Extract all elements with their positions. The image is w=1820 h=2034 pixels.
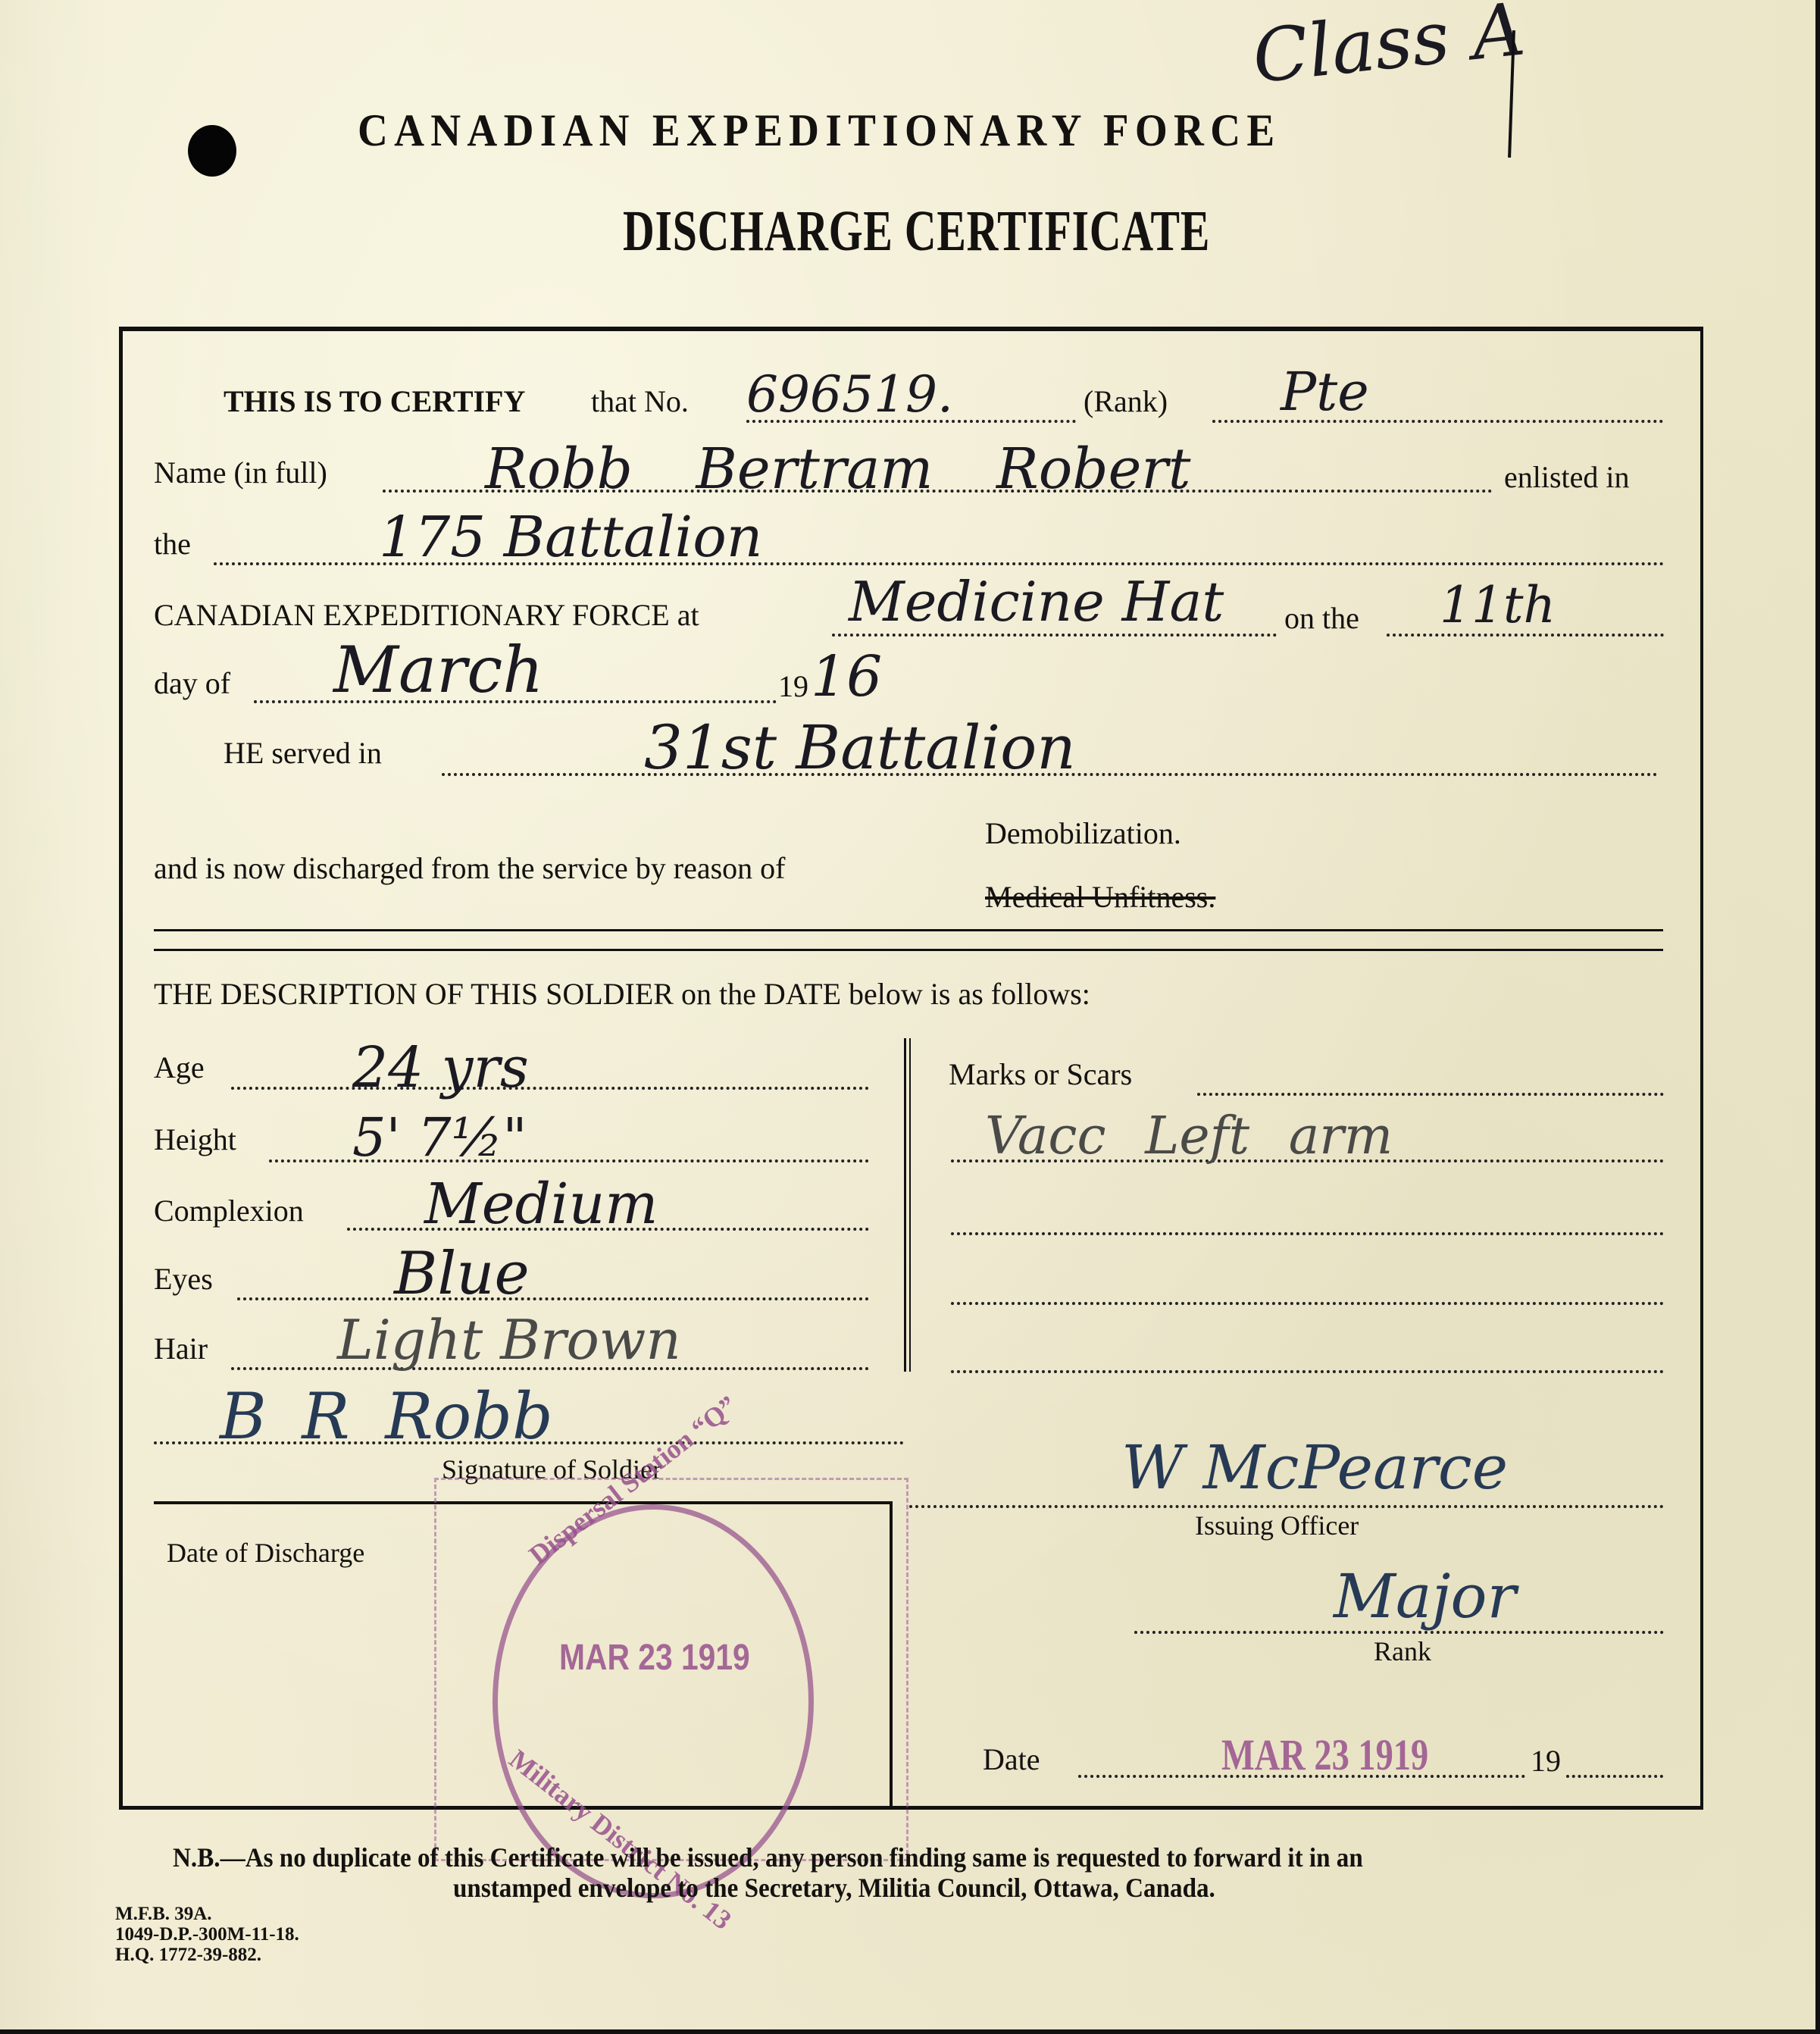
stamp-date: MAR 23 1919	[559, 1637, 750, 1679]
date-year-prefix: 19	[1531, 1743, 1561, 1779]
officer-rank: Major	[1334, 1561, 1516, 1632]
nb-notice-line-1: N.B.—As no duplicate of this Certificate…	[173, 1842, 1363, 1873]
certify-label: THIS IS TO CERTIFY	[224, 383, 525, 419]
age-value: 24 yrs	[352, 1035, 529, 1100]
rank-value: Pte	[1281, 361, 1369, 423]
marks-line-3	[951, 1232, 1664, 1235]
page-subtitle: DISCHARGE CERTIFICATE	[623, 199, 1210, 264]
date-label: Date	[983, 1741, 1040, 1777]
page-title: CANADIAN EXPEDITIONARY FORCE	[358, 105, 1281, 157]
marks-line-5	[951, 1370, 1664, 1373]
column-divider-b	[909, 1038, 911, 1372]
height-value: 5' 7½"	[352, 1106, 527, 1169]
date-stamp: MAR 23 1919	[1221, 1729, 1428, 1780]
cef-at-label: CANADIAN EXPEDITIONARY FORCE at	[154, 597, 699, 633]
complexion-label: Complexion	[154, 1193, 304, 1228]
age-label: Age	[154, 1050, 205, 1085]
enlistment-year: 16	[811, 644, 882, 709]
day-of-label: day of	[154, 665, 230, 701]
eyes-value: Blue	[394, 1240, 530, 1308]
officer-line	[909, 1505, 1664, 1508]
reason-struck: Medical Unfitness.	[985, 879, 1215, 915]
divider-upper	[154, 929, 1663, 931]
class-annotation: Class A	[1249, 0, 1529, 99]
age-line	[231, 1087, 869, 1090]
marks-line-4	[951, 1302, 1664, 1305]
the-label: the	[154, 526, 191, 562]
marks-value: Vacc Left arm	[985, 1106, 1393, 1166]
divider-lower	[154, 949, 1663, 951]
height-label: Height	[154, 1122, 236, 1157]
description-heading: THE DESCRIPTION OF THIS SOLDIER on the D…	[154, 976, 1090, 1012]
on-the-label: on the	[1284, 600, 1359, 636]
officer-signature: W McPearce	[1121, 1432, 1508, 1503]
column-divider-a	[904, 1038, 906, 1372]
punch-hole	[188, 125, 236, 177]
served-in-label: HE served in	[224, 735, 382, 771]
that-no-label: that No.	[591, 383, 689, 419]
year-prefix: 19	[778, 668, 808, 704]
reason-value: Demobilization.	[985, 815, 1181, 851]
nb-notice-line-2: unstamped envelope to the Secretary, Mil…	[453, 1872, 1215, 1904]
marks-label: Marks or Scars	[949, 1056, 1132, 1092]
soldier-name: Robb Bertram Robert	[485, 437, 1191, 502]
issuing-officer-label: Issuing Officer	[1195, 1510, 1359, 1541]
rank-label: (Rank)	[1084, 383, 1168, 419]
date-of-discharge-label: Date of Discharge	[167, 1537, 364, 1569]
form-number-2: 1049-D.P.-300M-11-18.	[115, 1924, 299, 1945]
service-number: 696519.	[746, 365, 953, 424]
rank-caption: Rank	[1374, 1635, 1431, 1667]
hair-value: Light Brown	[337, 1308, 681, 1372]
form-number-3: H.Q. 1772-39-882.	[115, 1945, 261, 1965]
soldier-signature: B R Robb	[220, 1379, 553, 1454]
reason-label: and is now discharged from the service b…	[154, 850, 785, 886]
marks-line-1	[1197, 1093, 1664, 1096]
place-line	[832, 634, 1277, 637]
served-unit: 31st Battalion	[644, 712, 1076, 783]
complexion-value: Medium	[424, 1172, 658, 1237]
enlistment-month: March	[333, 633, 543, 707]
enlisted-label: enlisted in	[1504, 459, 1630, 495]
enlisted-unit: 175 Battalion	[379, 505, 762, 570]
eyes-line	[237, 1297, 869, 1300]
certificate-paper: CANADIAN EXPEDITIONARY FORCE DISCHARGE C…	[0, 0, 1820, 2034]
form-number-1: M.F.B. 39A.	[115, 1904, 212, 1924]
hair-label: Hair	[154, 1331, 208, 1366]
enlistment-place: Medicine Hat	[849, 570, 1224, 634]
eyes-label: Eyes	[154, 1261, 213, 1297]
date-year-line	[1566, 1775, 1663, 1778]
name-label: Name (in full)	[154, 455, 327, 490]
enlistment-day: 11th	[1440, 576, 1556, 634]
